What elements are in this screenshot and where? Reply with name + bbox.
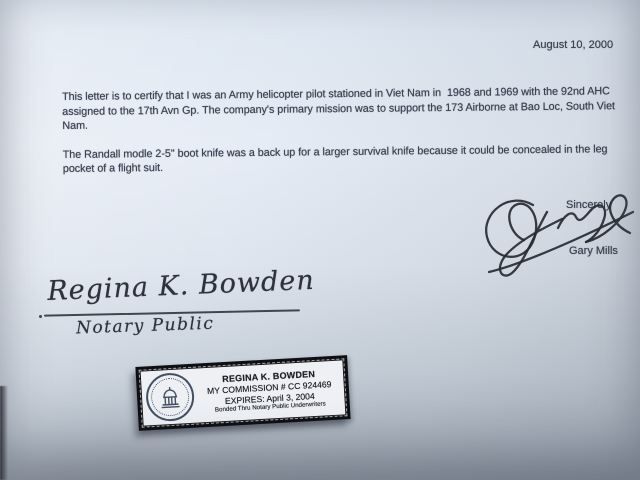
letter-paragraph-2: The Randall modle 2-5" boot knife was a … — [63, 142, 619, 177]
notary-signature: Regina K. Bowden — [47, 265, 316, 307]
letter-body: This letter is to certify that I was an … — [62, 84, 619, 191]
notary-stamp-text: REGINA K. BOWDEN MY COMMISSION # CC 9244… — [200, 368, 339, 416]
signature-ink-dot — [39, 315, 42, 318]
letter-date: August 10, 2000 — [533, 39, 613, 51]
photo-edge-shadow — [0, 386, 8, 480]
gary-mills-signature-scrawl — [455, 185, 640, 285]
capitol-dome-icon — [158, 384, 181, 409]
notary-stamp: REGINA K. BOWDEN MY COMMISSION # CC 9244… — [135, 355, 350, 431]
notary-title: Notary Public — [76, 314, 215, 339]
letter-photo: August 10, 2000 This letter is to certif… — [0, 0, 640, 480]
signer-name: Gary Mills — [569, 245, 618, 257]
notary-stamp-inner: REGINA K. BOWDEN MY COMMISSION # CC 9244… — [140, 359, 347, 426]
notary-seal-icon — [145, 372, 196, 423]
letter-paragraph-1: This letter is to certify that I was an … — [62, 84, 618, 134]
